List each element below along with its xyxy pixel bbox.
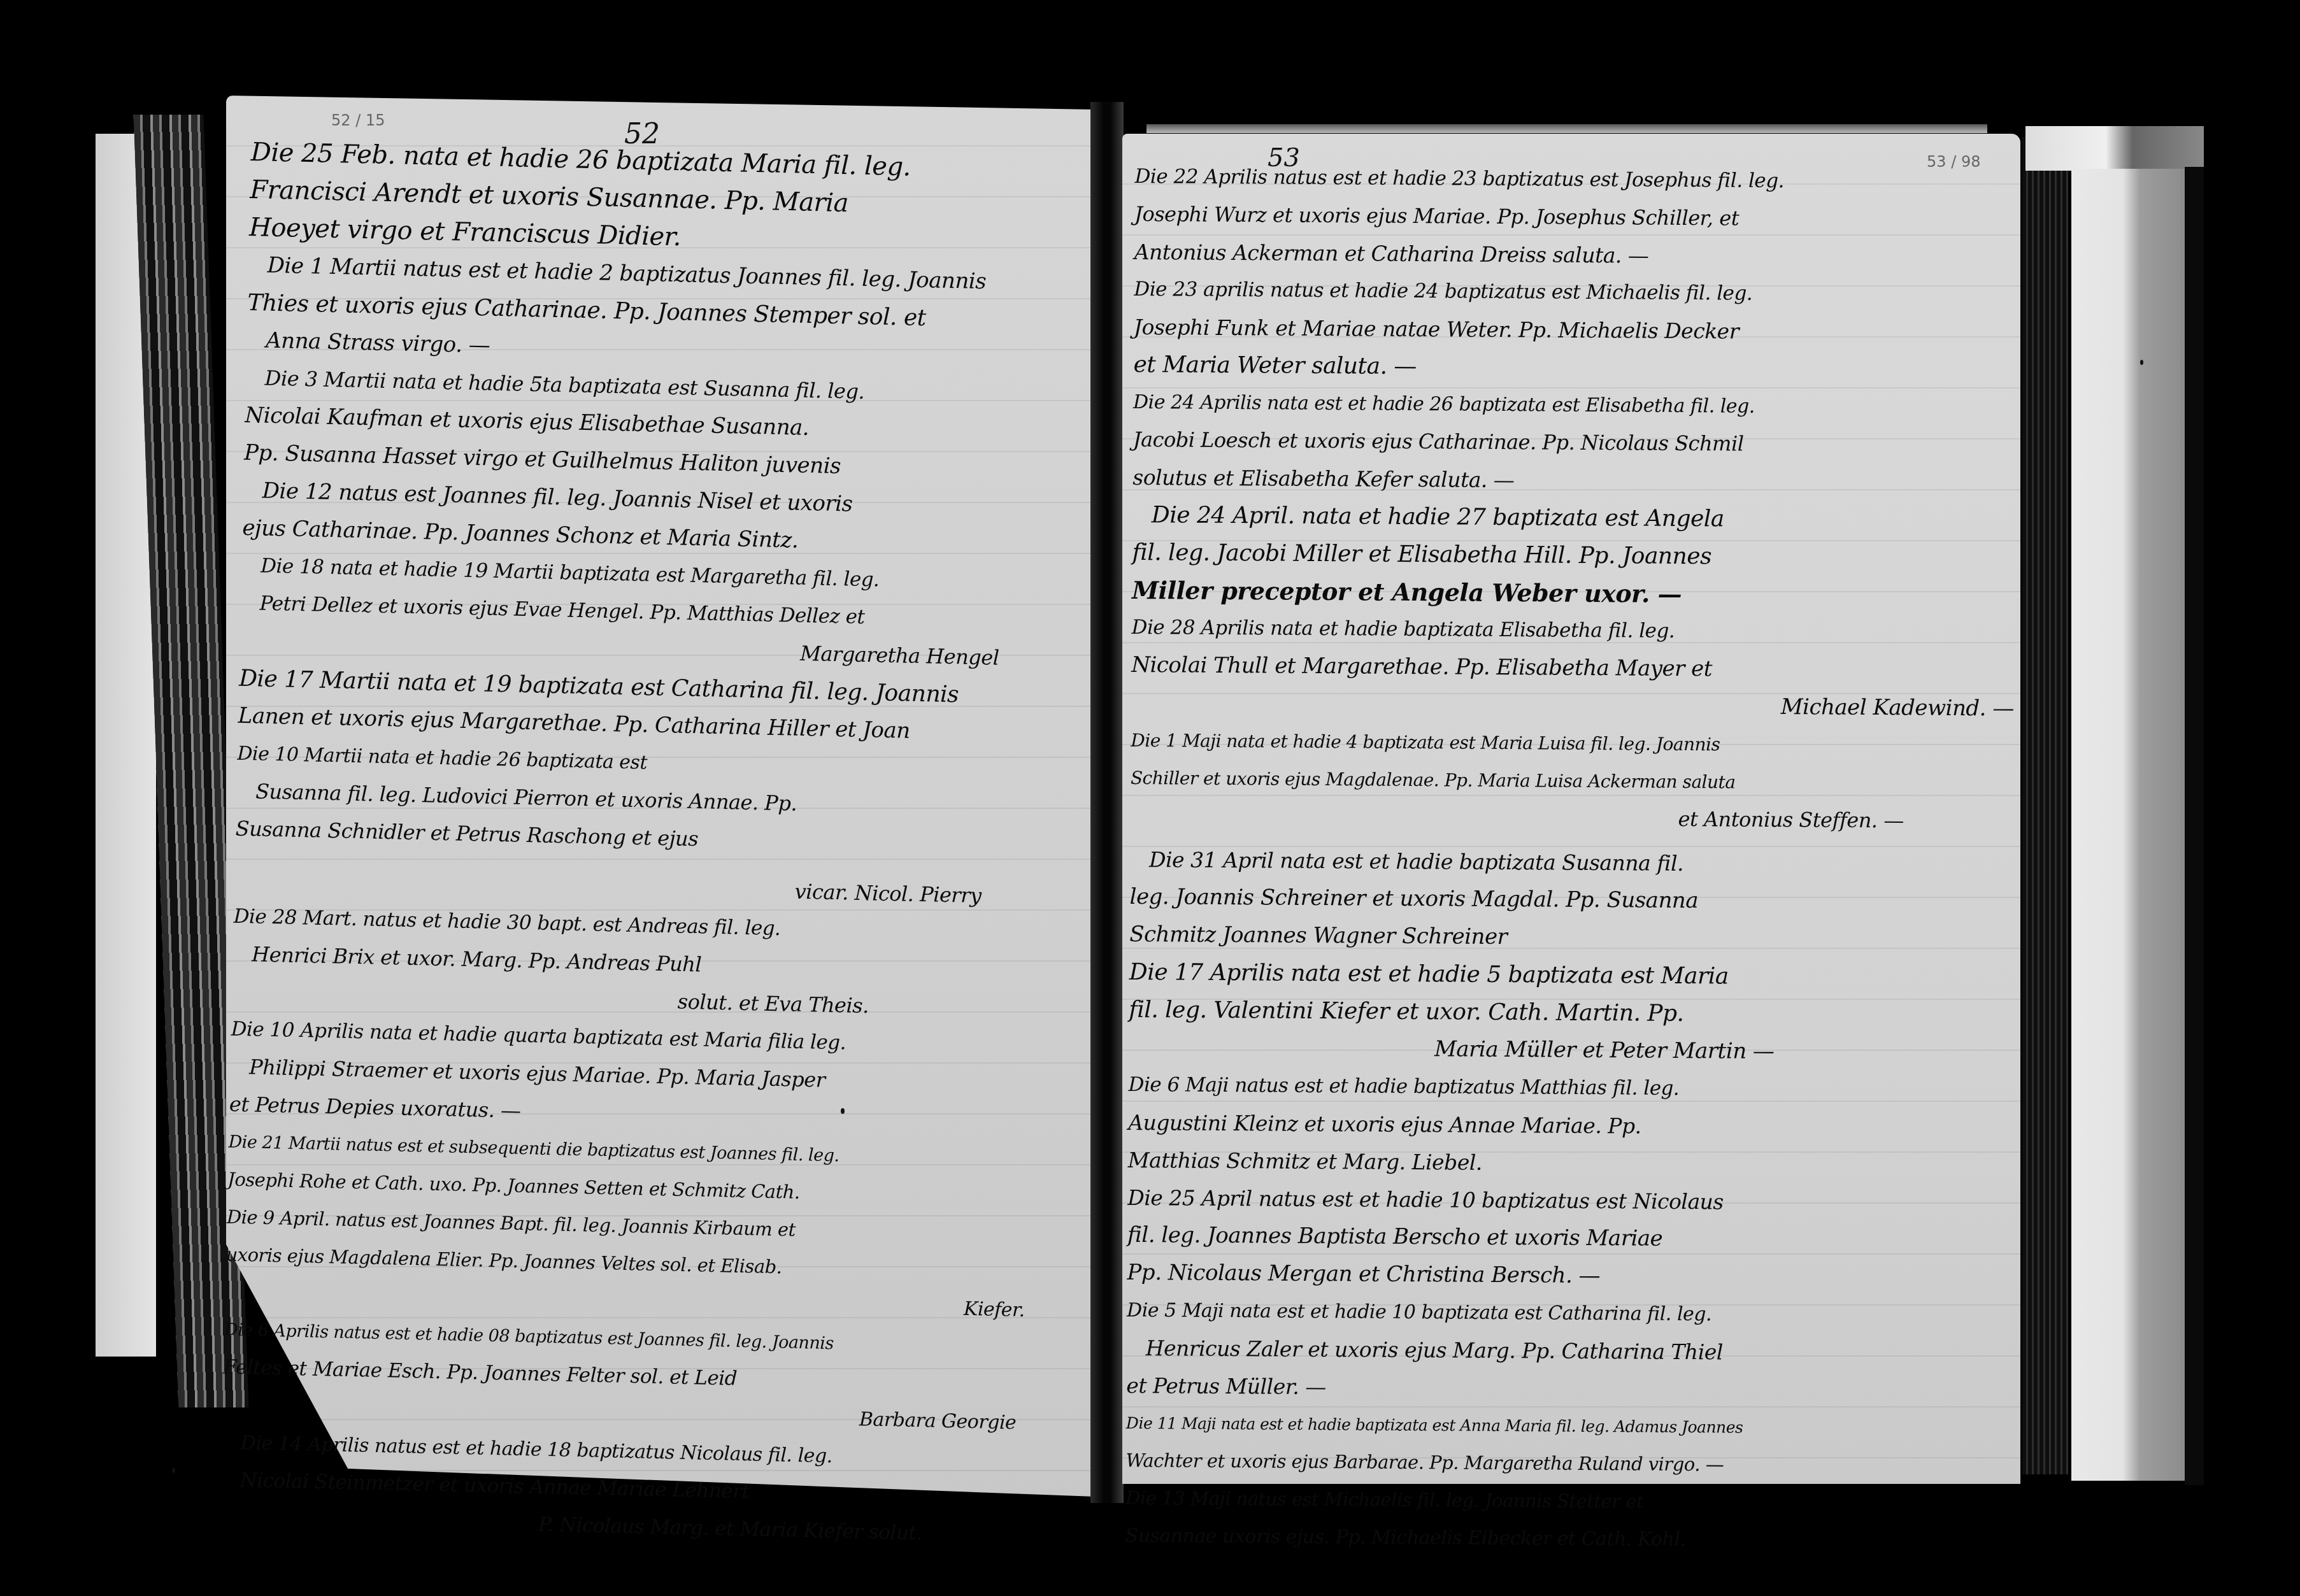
entry-line: Die 24 April. nata et hadie 27 baptizata… <box>1132 496 2015 540</box>
scanned-register-image: 52 / 15 52 53 53 / 98 Die 25 Feb. nata e… <box>0 0 2300 1596</box>
entry-line: fil. leg. Jacobi Miller et Elisabetha Hi… <box>1132 534 2015 578</box>
entry-line: Die 31 April nata est et hadie baptizata… <box>1130 841 2013 885</box>
ink-fleck <box>172 1468 175 1473</box>
flyleaf-shadow-edge <box>2185 167 2204 1485</box>
entry-line: fil. leg. Joannes Baptista Berscho et ux… <box>1127 1216 2010 1260</box>
entry-line: Josephi Funk et Mariae natae Weter. Pp. … <box>1134 308 2017 352</box>
entry-line: leg. Joannis Schreiner et uxoris Magdal.… <box>1129 878 2012 922</box>
entry-line: fil. leg. Valentini Kiefer et uxor. Cath… <box>1129 991 2011 1035</box>
entry-line: Maria Müller et Peter Martin — <box>1129 1029 2011 1072</box>
entry-line: Wachter et uxoris ejus Barbarae. Pp. Mar… <box>1125 1442 2008 1486</box>
entry-line: Pp. Nicolaus Mergan et Christina Bersch.… <box>1127 1254 2010 1298</box>
entry-line: Die 25 April natus est et hadie 10 bapti… <box>1127 1179 2010 1223</box>
entry-line: solutus et Elisabetha Kefer saluta. — <box>1132 459 2015 502</box>
entry-line: Augustini Kleinz et uxoris ejus Annae Ma… <box>1128 1104 2011 1148</box>
entry-line: Schmitz Joannes Wagner Schreiner <box>1129 916 2012 960</box>
right-page-top-edge <box>1146 124 1987 133</box>
entry-line: et Antonius Steffen. — <box>1130 797 2013 841</box>
right-fore-edge <box>2022 137 2068 1474</box>
entry-line: Die 17 Aprilis nata est et hadie 5 bapti… <box>1129 953 2012 997</box>
ink-fleck <box>2140 360 2143 365</box>
entry-line: Die 22 Aprilis natus est et hadie 23 bap… <box>1134 158 2017 202</box>
entry-line: Schiller et uxoris ejus Magdalenae. Pp. … <box>1131 759 2013 803</box>
entry-line: Die 23 aprilis natus et hadie 24 baptiza… <box>1134 271 2017 315</box>
entry-line: Matthias Schmitz et Marg. Liebel. <box>1128 1141 2011 1185</box>
entry-line: Die 28 Aprilis nata et hadie baptizata E… <box>1131 609 2014 653</box>
entry-line: Nicolai Thull et Margarethae. Pp. Elisab… <box>1131 646 2014 690</box>
entry-line: Henricus Zaler et uxoris ejus Marg. Pp. … <box>1127 1329 2010 1373</box>
entry-line: et Petrus Müller. — <box>1126 1367 2009 1411</box>
flyleaf-top <box>2025 126 2204 171</box>
entry-line: Susannae uxoris ejus. Pp. Michaelis Eibe… <box>1125 1517 2008 1561</box>
entry-line: Josephi Wurz et uxoris ejus Mariae. Pp. … <box>1134 196 2017 239</box>
entry-line: Miller preceptor et Angela Weber uxor. — <box>1132 571 2015 615</box>
entry-line: Die 6 Maji natus est et hadie baptizatus… <box>1128 1066 2011 1110</box>
right-page-text: Die 22 Aprilis natus est et hadie 23 bap… <box>1125 139 2018 1561</box>
entry-line: Die 5 Maji nata est et hadie 10 baptizat… <box>1127 1292 2010 1336</box>
left-page-text: Die 25 Feb. nata et hadie 26 baptizata M… <box>220 121 1052 1555</box>
entry-line: Die 24 Aprilis nata est et hadie 26 bapt… <box>1133 383 2016 427</box>
entry-line: Die 13 Maji natus est Michaelis fil. leg… <box>1125 1479 2008 1523</box>
book-gutter <box>1090 102 1124 1503</box>
entry-line: Die 1 Maji nata et hadie 4 baptizata est… <box>1131 722 2013 766</box>
entry-line: et Maria Weter saluta. — <box>1133 346 2016 390</box>
entry-line: Antonius Ackerman et Catharina Dreiss sa… <box>1134 233 2017 277</box>
entry-line: Jacobi Loesch et uxoris ejus Catharinae.… <box>1132 421 2015 465</box>
entry-line: Die 11 Maji nata est et hadie baptizata … <box>1126 1404 2009 1448</box>
ink-fleck <box>841 1108 845 1114</box>
inserted-flyleaf <box>2071 169 2186 1481</box>
entry-line: Michael Kadewind. — <box>1131 684 2014 728</box>
